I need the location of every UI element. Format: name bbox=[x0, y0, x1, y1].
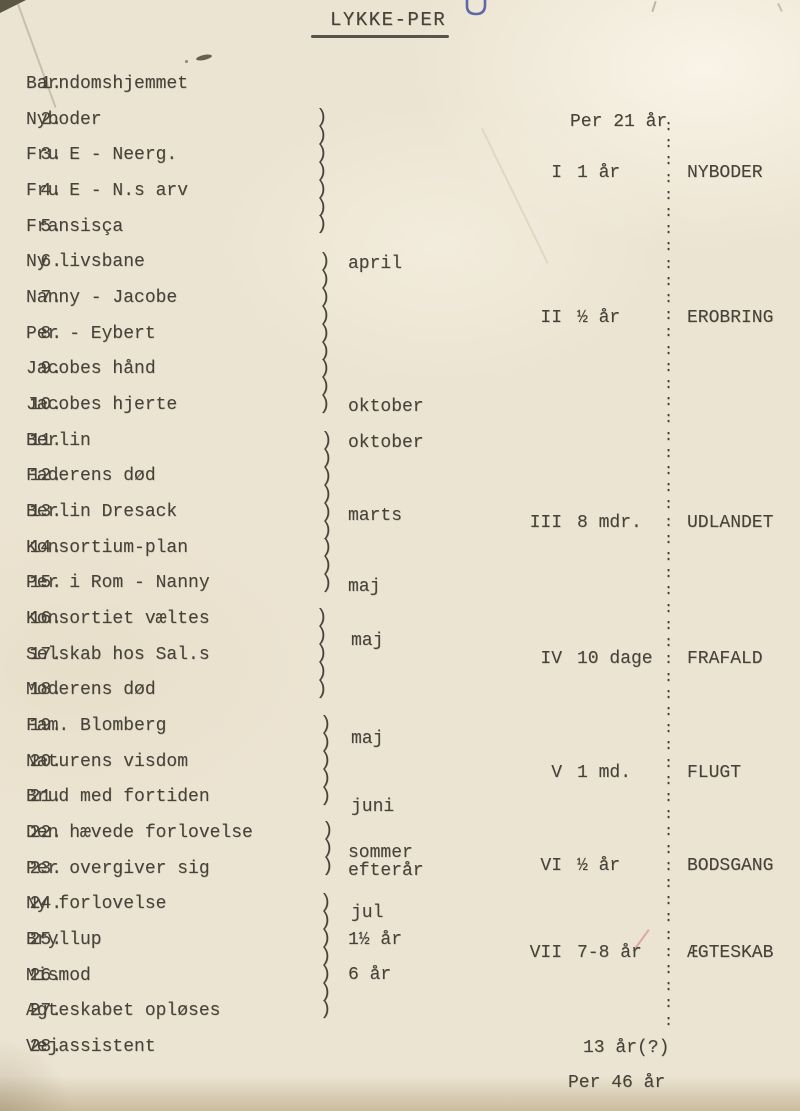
chapter-title: Berlin bbox=[26, 429, 91, 453]
chapter-title: Den hævede forlovelse bbox=[26, 821, 253, 845]
act-section-label: BODSGANG bbox=[687, 854, 773, 878]
act-section-label: EROBRING bbox=[687, 306, 773, 330]
title-underline bbox=[311, 35, 449, 38]
chapter-title: Jacobes hjerte bbox=[26, 393, 177, 417]
chapter-title: Fam. Blomberg bbox=[26, 714, 166, 738]
brace-paren-column: ) ) ) ) ) ) ) ) ) bbox=[319, 253, 330, 414]
chapter-row: 26.Mismod bbox=[20, 964, 350, 988]
chapter-title: Faderens død bbox=[26, 464, 156, 488]
act-section-label: UDLANDET bbox=[687, 511, 773, 535]
chapter-row: 9.Jacobes hånd bbox=[20, 357, 350, 381]
act-row: II½ årEROBRING bbox=[500, 306, 800, 330]
chapter-title: Ny livsbane bbox=[26, 250, 145, 274]
chapter-row: 5.Fransisça bbox=[20, 215, 350, 239]
act-row: III8 mdr.UDLANDET bbox=[500, 511, 800, 535]
chapter-row: 17.Selskab hos Sal.s bbox=[20, 643, 350, 667]
act-row: VII7-8 årÆGTESKAB bbox=[500, 941, 800, 965]
act-roman-numeral: V bbox=[500, 761, 562, 785]
chapter-title: Per overgiver sig bbox=[26, 857, 210, 881]
time-annotation: april bbox=[348, 252, 402, 276]
page-corner-fold bbox=[0, 0, 30, 16]
chapter-title: Jacobes hånd bbox=[26, 357, 156, 381]
act-row: IV10 dageFRAFALD bbox=[500, 647, 800, 671]
chapter-title: Barndomshjemmet bbox=[26, 72, 188, 96]
act-duration: 8 mdr. bbox=[577, 511, 642, 535]
chapter-row: 7.Nanny - Jacobe bbox=[20, 286, 350, 310]
chapter-title: Konsortiet væltes bbox=[26, 607, 210, 631]
brace-paren-column: ) ) ) ) ) ) ) bbox=[320, 894, 331, 1019]
act-roman-numeral: VI bbox=[500, 854, 562, 878]
time-annotation: 1½ år bbox=[348, 928, 402, 952]
total-age-note-top: Per 21 år bbox=[570, 110, 667, 134]
act-roman-numeral: III bbox=[500, 511, 562, 535]
act-section-label: FRAFALD bbox=[687, 647, 763, 671]
act-duration: 1 md. bbox=[577, 761, 631, 785]
chapter-row: 10.Jacobes hjerte bbox=[20, 393, 350, 417]
act-row: I1 årNYBODER bbox=[500, 161, 800, 185]
act-duration: ½ år bbox=[577, 854, 620, 878]
stray-ink-mark bbox=[777, 3, 782, 12]
act-roman-numeral: IV bbox=[500, 647, 562, 671]
chapter-row: 27.Ægteskabet opløses bbox=[20, 999, 350, 1023]
time-annotation: juni bbox=[351, 795, 394, 819]
time-annotation: oktober bbox=[348, 395, 424, 419]
chapter-row: 21.Brud med fortiden bbox=[20, 785, 350, 809]
act-roman-numeral: II bbox=[500, 306, 562, 330]
chapter-title: Per i Rom - Nanny bbox=[26, 571, 210, 595]
footer-total-age-note: Per 46 år bbox=[568, 1071, 665, 1095]
time-annotation: 6 år bbox=[348, 963, 391, 987]
chapter-title: Vejassistent bbox=[26, 1035, 156, 1059]
chapter-row: 11.Berlin bbox=[20, 429, 350, 453]
chapter-row: 18.Moderens død bbox=[20, 678, 350, 702]
act-row: VI½ årBODSGANG bbox=[500, 854, 800, 878]
chapter-row: 23.Per overgiver sig bbox=[20, 857, 350, 881]
time-annotation: maj bbox=[351, 727, 383, 751]
chapter-row: 24.Ny forlovelse bbox=[20, 892, 350, 916]
act-roman-numeral: I bbox=[500, 161, 562, 185]
time-annotation: jul bbox=[351, 901, 383, 925]
chapter-title: Moderens død bbox=[26, 678, 156, 702]
chapter-row: 15.Per i Rom - Nanny bbox=[20, 571, 350, 595]
chapter-row: 14.Konsortium-plan bbox=[20, 536, 350, 560]
chapter-title: Nanny - Jacobe bbox=[26, 286, 177, 310]
chapter-title: Nyboder bbox=[26, 108, 102, 132]
chapter-title: Brud med fortiden bbox=[26, 785, 210, 809]
scanned-document-page: LYKKE-PER Per 21 år 1.Barndomshjemmet2.N… bbox=[0, 0, 800, 1111]
chapter-row: 13.Berlin Dresack bbox=[20, 500, 350, 524]
chapter-row: 28.Vejassistent bbox=[20, 1035, 350, 1059]
handwritten-blue-mark bbox=[463, 0, 489, 18]
act-duration: 1 år bbox=[577, 161, 620, 185]
act-duration: ½ år bbox=[577, 306, 620, 330]
brace-paren-column: ) ) ) ) ) ) ) bbox=[316, 109, 327, 234]
act-duration: 7-8 år bbox=[577, 941, 642, 965]
chapter-title: Fru E - Neerg. bbox=[26, 143, 177, 167]
chapter-title: Bryllup bbox=[26, 928, 102, 952]
time-annotation: marts bbox=[348, 504, 402, 528]
chapter-row: 22.Den hævede forlovelse bbox=[20, 821, 350, 845]
time-annotation: efterår bbox=[348, 859, 424, 883]
chapter-row: 1.Barndomshjemmet bbox=[20, 72, 350, 96]
chapter-row: 2.Nyboder bbox=[20, 108, 350, 132]
act-row: V1 md.FLUGT bbox=[500, 761, 800, 785]
chapter-row: 16.Konsortiet væltes bbox=[20, 607, 350, 631]
chapter-title: Selskab hos Sal.s bbox=[26, 643, 210, 667]
chapter-title: Ægteskabet opløses bbox=[26, 999, 220, 1023]
act-duration: 10 dage bbox=[577, 647, 653, 671]
chapter-row: 4.Fru E - N.s arv bbox=[20, 179, 350, 203]
time-annotation: oktober bbox=[348, 431, 424, 455]
brace-paren-column: ) ) ) ) ) bbox=[316, 609, 327, 699]
chapter-title: Mismod bbox=[26, 964, 91, 988]
brace-paren-column: ) ) ) ) ) bbox=[320, 716, 331, 806]
chapter-title: Konsortium-plan bbox=[26, 536, 188, 560]
pencil-dot bbox=[185, 60, 188, 63]
footer-duration-note: 13 år(?) bbox=[583, 1036, 669, 1060]
brace-paren-column: ) ) ) bbox=[322, 822, 333, 876]
act-section-label: ÆGTESKAB bbox=[687, 941, 773, 965]
chapter-title: Per - Eybert bbox=[26, 322, 156, 346]
chapter-row: 25.Bryllup bbox=[20, 928, 350, 952]
time-annotation: maj bbox=[348, 575, 380, 599]
chapter-title: Berlin Dresack bbox=[26, 500, 177, 524]
chapter-row: 3.Fru E - Neerg. bbox=[20, 143, 350, 167]
chapter-title: Fru E - N.s arv bbox=[26, 179, 188, 203]
chapter-row: 12.Faderens død bbox=[20, 464, 350, 488]
dotted-separator-column: : : : : : : : : : : : : : : : : : : : : … bbox=[664, 118, 673, 1030]
chapter-row: 6.Ny livsbane bbox=[20, 250, 350, 274]
stray-ink-mark bbox=[651, 1, 656, 12]
brace-paren-column: ) ) ) ) ) ) ) ) ) bbox=[321, 432, 332, 593]
chapter-row: 19.Fam. Blomberg bbox=[20, 714, 350, 738]
chapter-row: 20.Naturens visdom bbox=[20, 750, 350, 774]
act-roman-numeral: VII bbox=[500, 941, 562, 965]
chapter-title: Ny forlovelse bbox=[26, 892, 166, 916]
page-title: LYKKE-PER bbox=[330, 8, 446, 32]
chapter-row: 8.Per - Eybert bbox=[20, 322, 350, 346]
chapter-title: Fransisça bbox=[26, 215, 123, 239]
chapter-title: Naturens visdom bbox=[26, 750, 188, 774]
paper-crease bbox=[481, 128, 548, 264]
time-annotation: maj bbox=[351, 629, 383, 653]
act-section-label: FLUGT bbox=[687, 761, 741, 785]
pencil-smudge bbox=[196, 53, 213, 61]
act-section-label: NYBODER bbox=[687, 161, 763, 185]
